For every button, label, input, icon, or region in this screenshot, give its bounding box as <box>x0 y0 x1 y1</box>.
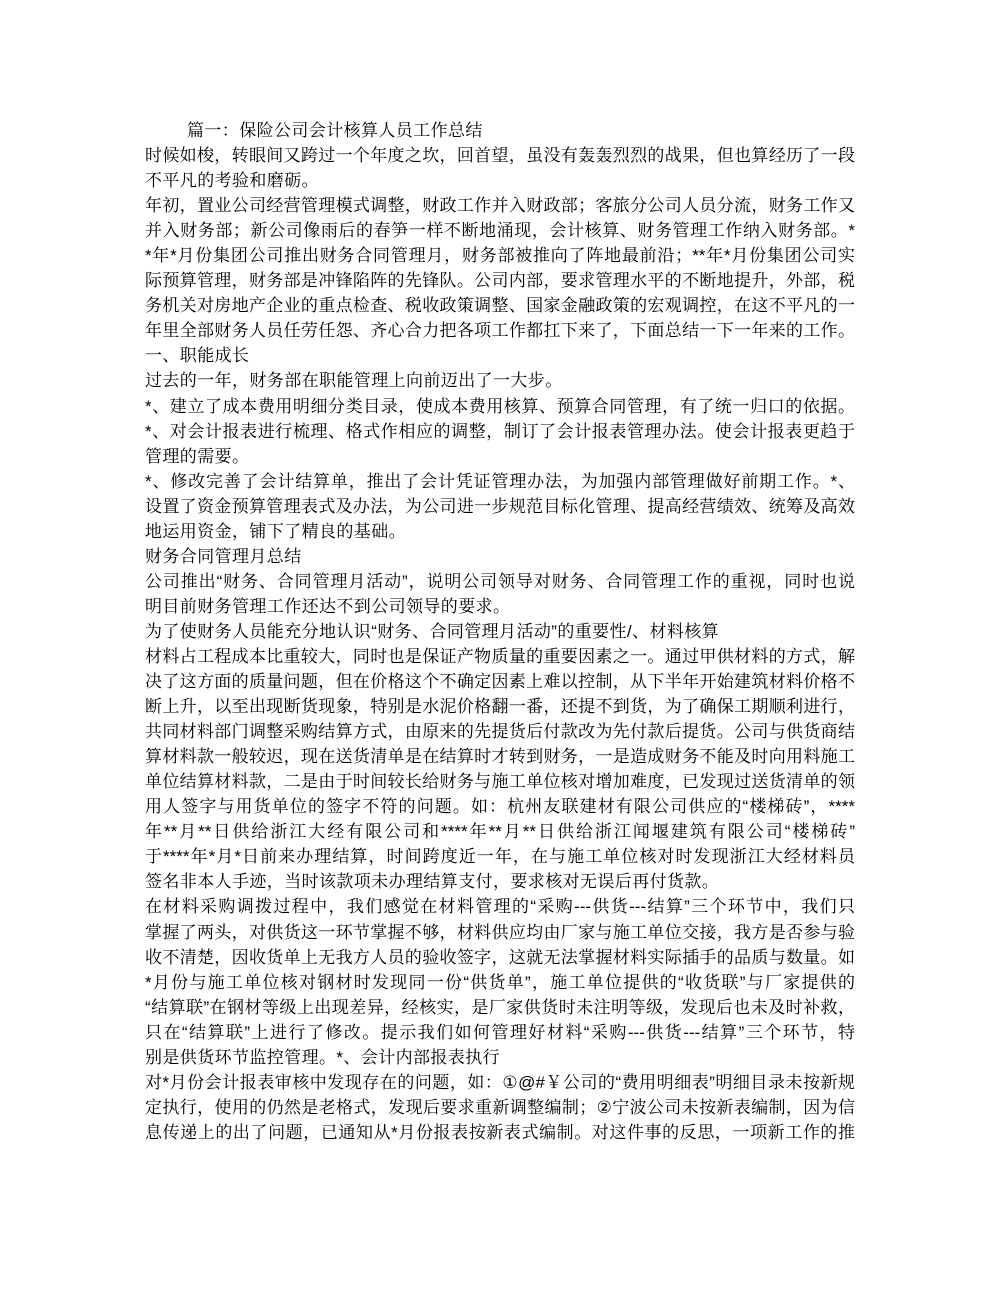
text-line: 过去的一年，财务部在职能管理上向前迈出了一大步。 <box>145 368 855 393</box>
text-line: 为了使财务人员能充分地认识“财务、合同管理月活动”的重要性/、材料核算 <box>145 619 855 644</box>
text-line: 材料占工程成本比重较大，同时也是保证产物质量的重要因素之一。通过甲供材料的方式，… <box>145 644 855 669</box>
text-line: 共同材料部门调整采购结算方式，由原来的先提货后付款改为先付款后提货。公司与供货商… <box>145 719 855 744</box>
text-line: *、建立了成本费用明细分类目录，使成本费用核算、预算合同管理，有了统一归口的依据… <box>145 394 855 419</box>
document-page: 篇一：保险公司会计核算人员工作总结时候如梭，转眼间又跨过一个年度之坎，回首望，虽… <box>0 0 1000 1295</box>
text-line: 算材料款一般较迟，现在送货清单是在结算时才转到财务，一是造成财务不能及时向用料施… <box>145 744 855 769</box>
text-line: 务机关对房地产企业的重点检查、税收政策调整、国家金融政策的宏观调控，在这不平凡的… <box>145 293 855 318</box>
text-line: 决了这方面的质量问题，但在价格这个不确定因素上难以控制，从下半年开始建筑材料价格… <box>145 669 855 694</box>
text-line: 并入财务部；新公司像雨后的春笋一样不断地涌现，会计核算、财务管理工作纳入财务部。… <box>145 218 855 243</box>
text-line: 对*月份会计报表审核中发现存在的问题，如：①@#￥公司的“费用明细表”明细目录未… <box>145 1070 855 1095</box>
text-line: 用人签字与用货单位的签字不符的问题。如：杭州友联建材有限公司供应的“楼梯砖”，*… <box>145 794 855 819</box>
text-line: 年里全部财务人员任劳任怨、齐心合力把各项工作都扛下来了，下面总结一下一年来的工作… <box>145 318 855 343</box>
text-line: 管理的需要。 <box>145 444 855 469</box>
text-line: *年*月份集团公司推出财务合同管理月，财务部被推向了阵地最前沿；**年*月份集团… <box>145 243 855 268</box>
text-line: 财务合同管理月总结 <box>145 544 855 569</box>
text-line: 息传递上的出了问题，已通知从*月份报表按新表式编制。对这件事的反思，一项新工作的… <box>145 1120 855 1145</box>
text-line: *、对会计报表进行梳理、格式作相应的调整，制订了会计报表管理办法。使会计报表更趋… <box>145 419 855 444</box>
document-text-block: 篇一：保险公司会计核算人员工作总结时候如梭，转眼间又跨过一个年度之坎，回首望，虽… <box>145 118 855 1145</box>
text-line: 收不清楚，因收货单上无我方人员的验收签字，这就无法掌握材料实际插手的品质与数量。… <box>145 945 855 970</box>
document-title-line: 篇一：保险公司会计核算人员工作总结 <box>145 118 855 143</box>
text-line: 际预算管理，财务部是冲锋陷阵的先锋队。公司内部，要求管理水平的不断地提升，外部，… <box>145 268 855 293</box>
text-line: *月份与施工单位核对钢材时发现同一份“供货单”，施工单位提供的“收货联”与厂家提… <box>145 970 855 995</box>
text-line: 年初，置业公司经营管理模式调整，财政工作并入财政部；客旅分公司人员分流，财务工作… <box>145 193 855 218</box>
text-line: “结算联”在钢材等级上出现差异，经核实，是厂家供货时未注明等级，发现后也未及时补… <box>145 995 855 1020</box>
text-line: 在材料采购调拨过程中，我们感觉在材料管理的“采购---供货---结算”三个环节中… <box>145 894 855 919</box>
text-line: 一、职能成长 <box>145 343 855 368</box>
text-line: 只在“结算联”上进行了修改。提示我们如何管理好材料“采购---供货---结算”三… <box>145 1020 855 1045</box>
text-line: *、修改完善了会计结算单，推出了会计凭证管理办法，为加强内部管理做好前期工作。*… <box>145 469 855 494</box>
text-line: 公司推出“财务、合同管理月活动”，说明公司领导对财务、合同管理工作的重视，同时也… <box>145 569 855 594</box>
text-line: 签名非本人手迹，当时该款项未办理结算支付，要求核对无误后再付货款。 <box>145 869 855 894</box>
text-line: 定执行，使用的仍然是老格式，发现后要求重新调整编制；②宁波公司未按新表编制，因为… <box>145 1095 855 1120</box>
text-line: 年**月**日供给浙江大经有限公司和****年**月**日供给浙江闻堰建筑有限公… <box>145 819 855 844</box>
text-line: 于****年*月*日前来办理结算，时间跨度近一年，在与施工单位核对时发现浙江大经… <box>145 844 855 869</box>
text-line: 掌握了两头，对供货这一环节掌握不够，材料供应均由厂家与施工单位交接，我方是否参与… <box>145 920 855 945</box>
text-line: 时候如梭，转眼间又跨过一个年度之坎，回首望，虽没有轰轰烈烈的战果，但也算经历了一… <box>145 143 855 168</box>
text-line: 设置了资金预算管理表式及办法，为公司进一步规范目标化管理、提高经营绩效、统筹及高… <box>145 494 855 519</box>
text-line: 单位结算材料款，二是由于时间较长给财务与施工单位核对增加难度，已发现过送货清单的… <box>145 769 855 794</box>
text-line: 明目前财务管理工作还达不到公司领导的要求。 <box>145 594 855 619</box>
text-line: 不平凡的考验和磨砺。 <box>145 168 855 193</box>
text-line: 地运用资金，铺下了精良的基础。 <box>145 519 855 544</box>
text-line: 断上升，以至出现断货现象，特别是水泥价格翻一番，还提不到货，为了确保工期顺利进行… <box>145 694 855 719</box>
text-line: 别是供货环节监控管理。*、会计内部报表执行 <box>145 1045 855 1070</box>
